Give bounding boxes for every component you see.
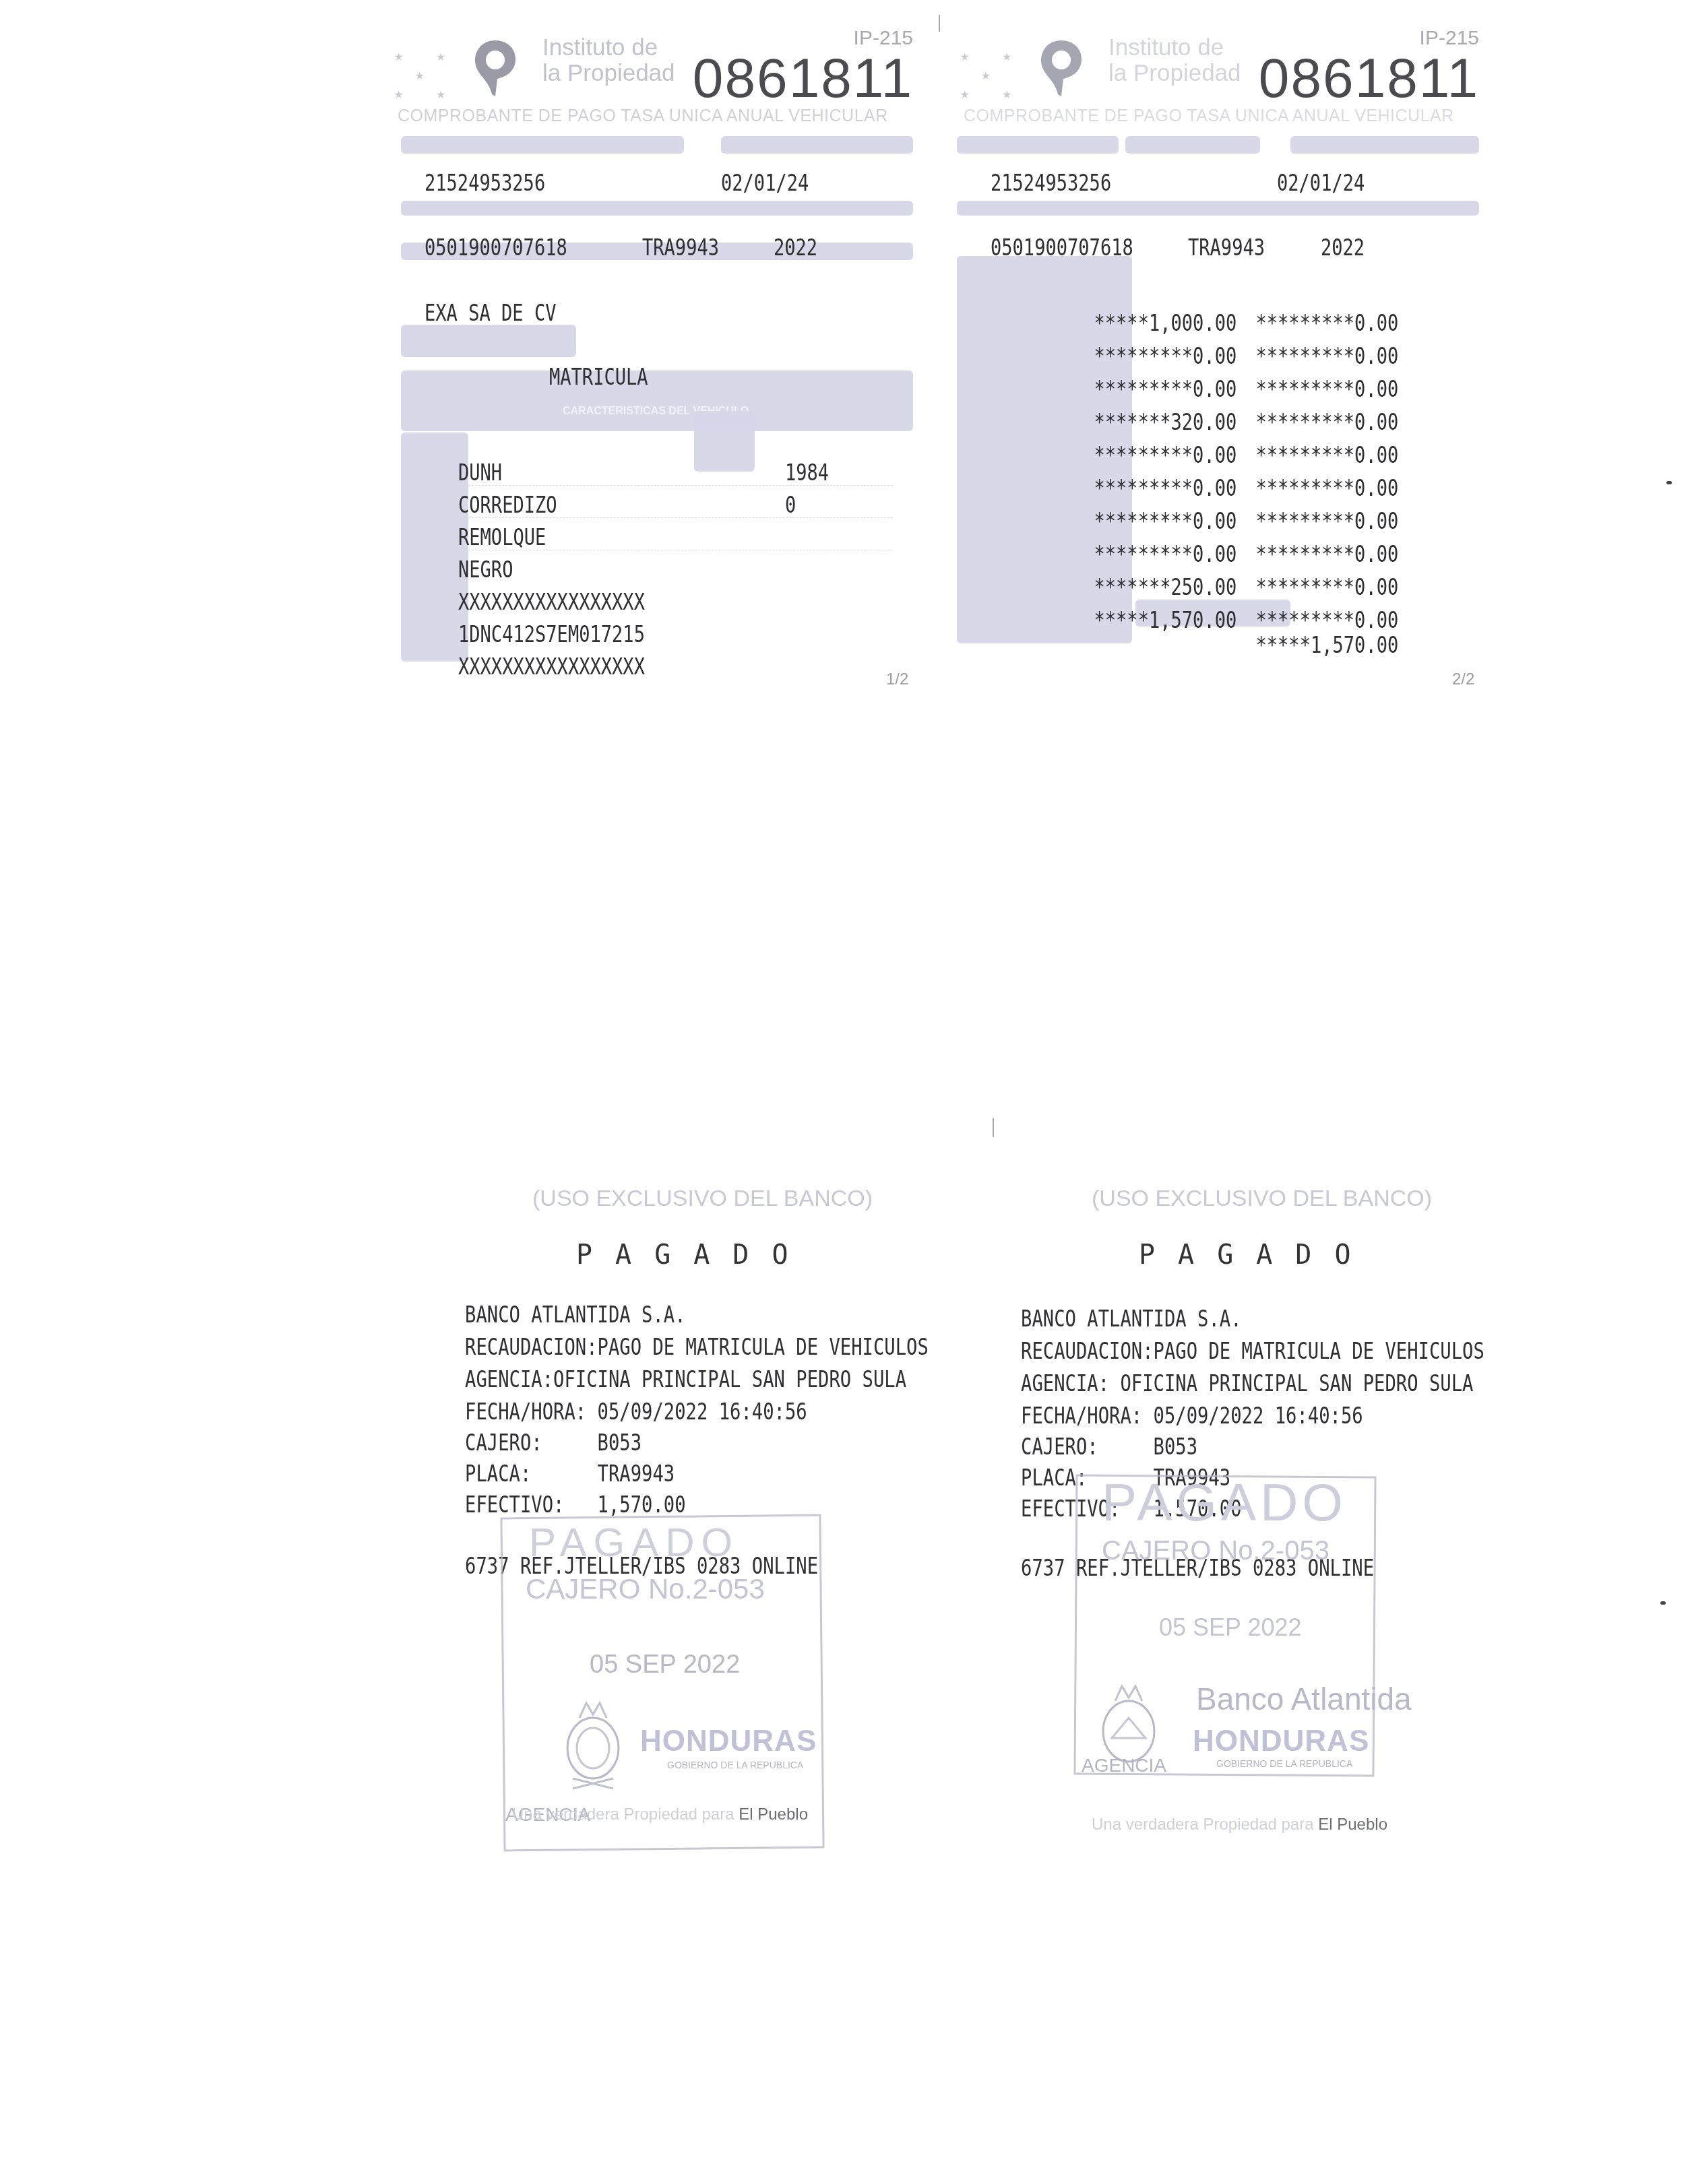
collection: RECAUDACION:PAGO DE MATRICULA DE VEHICUL… [1021,1338,1484,1365]
label-band [1290,136,1479,154]
stamp-cashier: CAJERO No.2-053 [1102,1536,1329,1566]
vehicle-motor: XXXXXXXXXXXXXXXXX [458,589,645,615]
other-amount-cell: *********0.00 [1255,574,1398,600]
label-band-identity [401,201,913,216]
receipt-subtitle: COMPROBANTE DE PAGO TASA UNICA ANUAL VEH… [964,106,1476,126]
datetime: FECHA/HORA: 05/09/2022 16:40:56 [465,1399,807,1425]
vehicle-type: REMOLQUE [458,524,546,550]
amount-cell: *********0.00 [1094,508,1237,534]
plate: TRA9943 [642,234,719,261]
cash-amount: EFECTIVO: 1,570.00 [465,1491,686,1518]
divider [462,550,893,550]
slogan-prefix: Una verdadera Propiedad para [1092,1816,1314,1834]
star-emblem-icon: ★ ★ ★★ ★ [394,47,458,108]
receipt-copy-1: ★ ★ ★★ ★ Instituto de la Propiedad IP-21… [387,20,920,694]
stamp-cashier: CAJERO No.2-053 [526,1573,765,1605]
issue-date: 02/01/24 [1277,170,1365,196]
cashier: CAJERO: B053 [1021,1434,1197,1460]
other-amount-cell: *********0.00 [1255,508,1398,534]
slogan-prefix: Una verdadera Propiedad para [512,1805,734,1824]
page-number: 1/2 [886,670,908,689]
plate: PLACA: TRA9943 [465,1460,675,1487]
location-pin-logo-icon [472,37,519,98]
agency: AGENCIA:OFICINA PRINCIPAL SAN PEDRO SULA [465,1366,906,1393]
bank-name: BANCO ATLANTIDA S.A. [1021,1306,1242,1332]
grand-total: *****1,570.00 [1255,632,1398,658]
serial-number: 0861811 [693,47,913,110]
receipt-subtitle: COMPROBANTE DE PAGO TASA UNICA ANUAL VEH… [398,106,910,126]
datetime: FECHA/HORA: 05/09/2022 16:40:56 [1021,1403,1363,1430]
amount-cell: *******320.00 [1094,409,1237,435]
other-amount-cell: *********0.00 [1255,442,1398,468]
form-code: IP-215 [1420,27,1479,50]
stamp-agency: AGENCIA [1082,1755,1166,1776]
identification: 0501900707618 [991,234,1133,261]
bank-exclusive-label: (USO EXCLUSIVO DEL BANCO) [1092,1186,1432,1212]
scan-mark [939,15,940,32]
stamp-paid-text: PAGADO [1102,1472,1347,1533]
year: 2022 [1321,234,1365,261]
paid-status: PAGADO [1139,1240,1374,1271]
vehicle-vin: XXXXXXXXXXXXXXXXX [458,653,645,680]
other-amount-cell: *********0.00 [1255,409,1398,435]
other-amount-cell: *********0.00 [1255,475,1398,501]
bank-receipt-1: (USO EXCLUSIVO DEL BANCO) PAGADO BANCO A… [465,1186,1018,1832]
collection: RECAUDACION:PAGO DE MATRICULA DE VEHICUL… [465,1334,929,1361]
plate: TRA9943 [1188,234,1265,261]
label-band [957,136,1119,154]
amount-cell: *********0.00 [1094,475,1237,501]
amount-cell: *******250.00 [1094,574,1237,600]
owner-name: EXA SA DE CV [425,300,557,326]
label-band-year [694,411,755,472]
stamp-date: 05 SEP 2022 [590,1650,740,1679]
slogan: Una verdadera Propiedad para El Pueblo [1092,1816,1387,1834]
slogan-suffix: El Pueblo [1318,1816,1387,1834]
paid-status: PAGADO [576,1240,811,1271]
amount-cell: *****1,000.00 [1094,310,1237,336]
receipt-copy-2: ★ ★ ★★ ★ Instituto de la Propiedad IP-21… [953,20,1486,694]
coat-of-arms-icon [556,1698,630,1792]
label-band-account [401,136,684,154]
vehicle-color: NEGRO [458,556,513,583]
amount-cell: *********0.00 [1094,541,1237,567]
vehicle-brand: DUNH [458,459,502,486]
account-number: 21524953256 [991,170,1111,196]
label-band-operation [401,325,576,357]
label-band [957,201,1479,216]
other-amount-cell: *********0.00 [1255,541,1398,567]
institution-line-2: la Propiedad [542,61,675,86]
serial-number: 0861811 [1259,47,1479,110]
institution-line-1: Instituto de [1108,35,1241,61]
other-amount-cell: *********0.00 [1255,343,1398,369]
institution-line-2: la Propiedad [1108,61,1241,86]
other-amount-cell: *********0.00 [1255,607,1398,633]
slogan: Una verdadera Propiedad para El Pueblo [512,1805,808,1824]
vehicle-chassis: 1DNC412S7EM017215 [458,621,645,647]
star-emblem-icon: ★ ★ ★★ ★ [960,47,1024,108]
other-amount-cell: *********0.00 [1255,376,1398,402]
account-number: 21524953256 [425,170,545,196]
location-pin-logo-icon [1038,37,1085,98]
vehicle-cc: 0 [785,492,796,518]
amount-cell: *********0.00 [1094,442,1237,468]
vehicle-model-year: 1984 [785,459,829,486]
government-label: GOBIERNO DE LA REPUBLICA [1216,1758,1352,1769]
scan-mark [1660,1601,1666,1605]
bank-exclusive-label: (USO EXCLUSIVO DEL BANCO) [532,1186,873,1212]
divider [462,517,893,518]
institution-name: Instituto de la Propiedad [542,35,675,86]
amount-cell: *****1,570.00 [1094,607,1237,633]
institution-name: Instituto de la Propiedad [1108,35,1241,86]
stamp-paid-text: PAGADO [529,1519,739,1566]
operation-type: MATRICULA [549,364,648,390]
label-band [1125,136,1260,154]
amount-cell: *********0.00 [1094,343,1237,369]
vehicle-model: CORREDIZO [458,492,557,518]
stamp-bank-name: Banco Atlantida [1196,1681,1412,1717]
issue-date: 02/01/24 [721,170,809,196]
bank-receipt-2: (USO EXCLUSIVO DEL BANCO) PAGADO BANCO A… [1021,1186,1573,1832]
government-label: GOBIERNO DE LA REPUBLICA [667,1760,803,1770]
country-name: HONDURAS [640,1725,817,1758]
other-amount-cell: *********0.00 [1255,310,1398,336]
stamp-date: 05 SEP 2022 [1159,1613,1302,1642]
form-code: IP-215 [854,27,913,50]
amount-cell: *********0.00 [1094,376,1237,402]
identification: 0501900707618 [425,234,567,261]
agency: AGENCIA: OFICINA PRINCIPAL SAN PEDRO SUL… [1021,1370,1473,1397]
label-band-date [721,136,913,154]
scan-mark [993,1118,994,1137]
country-name: HONDURAS [1193,1725,1369,1758]
scan-mark [1666,481,1672,484]
bank-name: BANCO ATLANTIDA S.A. [465,1302,686,1328]
divider [462,485,893,486]
institution-line-1: Instituto de [542,35,675,61]
page-number: 2/2 [1452,670,1474,689]
year: 2022 [774,234,817,261]
slogan-suffix: El Pueblo [739,1805,808,1824]
cashier: CAJERO: B053 [465,1430,641,1456]
label-band-vehicle: CARACTERISTICAS DEL VEHICULO [401,371,913,431]
